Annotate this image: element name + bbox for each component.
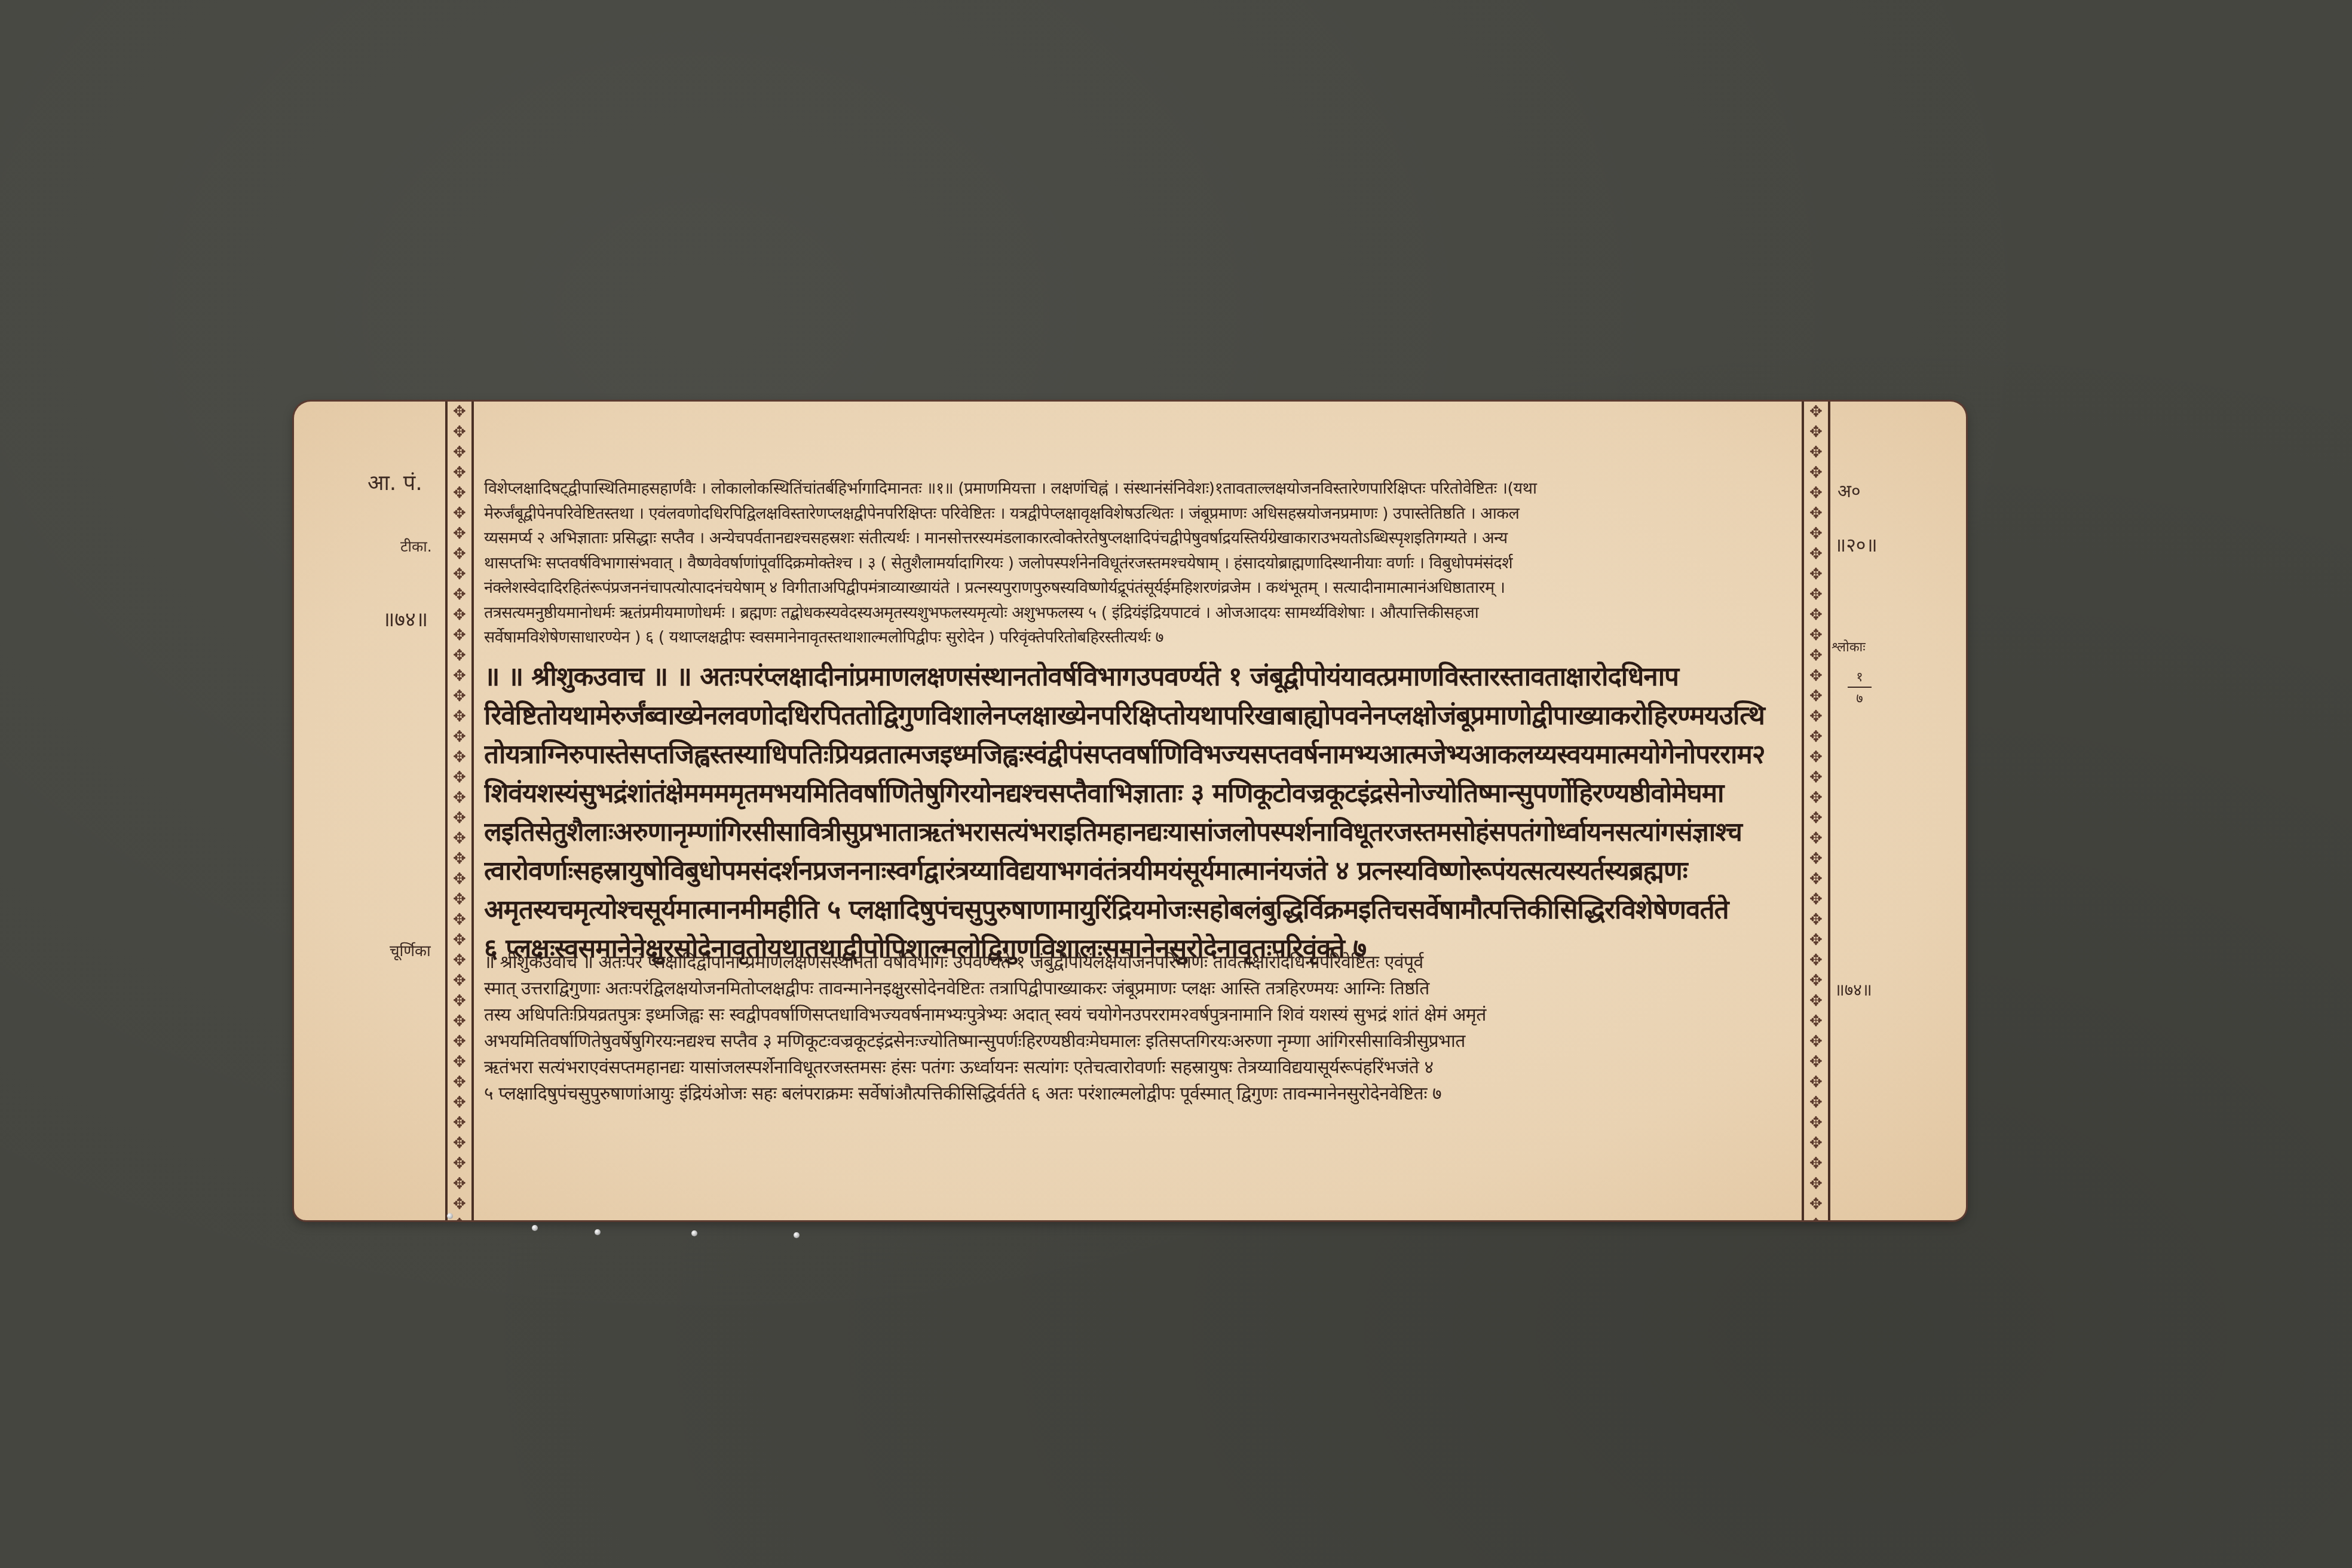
right-ornamental-border: ✥ ✥ ✥ ✥ ✥ ✥ ✥ ✥ ✥ ✥ ✥ ✥ ✥ ✥ ✥ ✥ ✥ ✥ ✥ ✥ … (1802, 402, 1830, 1220)
commentary-tika-block: विशेप्लक्षादिषट्द्वीपास्थितिमाहसहार्णवैः… (484, 476, 1796, 650)
right-margin-shloka-label: श्लोकाः (1832, 638, 1866, 656)
commentary-line: तत्रसत्यमनुष्ठीयमानोधर्मः ऋतंप्रमीयमाणोध… (484, 601, 1796, 626)
verse-line: रिवेष्टितोयथामेरुर्जंब्वाख्येनलवणोदधिरपि… (484, 696, 1796, 735)
commentary-line: विशेप्लक्षादिषट्द्वीपास्थितिमाहसहार्णवैः… (484, 476, 1796, 501)
mounting-pin (794, 1232, 800, 1238)
right-margin-shloka-fraction: १ ७ (1848, 667, 1872, 707)
quatrefoil-ornament-icon: ✥ ✥ ✥ ✥ ✥ ✥ ✥ ✥ ✥ ✥ ✥ ✥ ✥ ✥ ✥ ✥ ✥ ✥ ✥ ✥ … (448, 402, 471, 1220)
verse-line: तोयत्राग्निरुपास्तेसप्तजिह्वस्तस्याधिपति… (484, 735, 1796, 774)
churnika-line: ॥ श्रीशुकउवाच ॥ अतःपरं प्लक्षादिद्वीपाना… (484, 950, 1796, 976)
churnika-line: अभयमितिवर्षाणितेषुवर्षेषुगिरयःनद्यश्च सप… (484, 1028, 1796, 1055)
shloka-fraction-denominator: ७ (1848, 689, 1872, 707)
fraction-bar (1848, 687, 1872, 688)
churnika-line: ५ प्लक्षादिषुपंचसुपुरुषाणांआयुः इंद्रियं… (484, 1081, 1796, 1107)
shloka-fraction-numerator: १ (1848, 667, 1872, 685)
manuscript-page: आ. पं. टीका. ॥७४॥ चूर्णिका ✥ ✥ ✥ ✥ ✥ ✥ ✥… (294, 402, 1966, 1220)
mounting-pin (595, 1229, 601, 1235)
commentary-line: सर्वेषामविशेषेणसाधारण्येन ) ६ ( यथाप्लक्… (484, 625, 1796, 650)
commentary-line: नंक्लेशस्वेदादिरहितंरूपंप्रजननंचापत्योत्… (484, 575, 1796, 601)
commentary-line: य्यसमर्प्य २ अभिज्ञाताः प्रसिद्धाः सप्तै… (484, 526, 1796, 551)
commentary-line: थासप्तभिः सप्तवर्षविभागासंभवात् । वैष्णव… (484, 551, 1796, 576)
commentary-line: मेरुर्जंबूद्वीपेनपरिवेष्टितस्तथा । एवंलव… (484, 501, 1796, 526)
churnika-line: ऋतंभरा सत्यंभराएवंसप्तमहानद्यः यासांजलस्… (484, 1055, 1796, 1081)
left-margin-page-number: ॥७४॥ (382, 605, 428, 632)
verse-line: त्वारोवर्णाःसहस्रायुषोविबुधोपमसंदर्शनप्र… (484, 852, 1796, 890)
left-margin-churnika-label: चूर्णिका (390, 939, 431, 961)
right-margin-page-number: ॥७४॥ (1835, 978, 1872, 1001)
right-margin-chapter-number: ॥२०॥ (1835, 532, 1878, 558)
verse-line: शिवंयशस्यंसुभद्रंशांतंक्षेममममृतमभयमितिव… (484, 774, 1796, 813)
left-ornamental-border: ✥ ✥ ✥ ✥ ✥ ✥ ✥ ✥ ✥ ✥ ✥ ✥ ✥ ✥ ✥ ✥ ✥ ✥ ✥ ✥ … (445, 402, 474, 1220)
mounting-pin (691, 1230, 697, 1236)
left-margin-commentary-label: टीका. (400, 536, 432, 556)
verse-line: अमृतस्यचमृत्योश्चसूर्यमात्मानमीमहीति ५ प… (484, 890, 1796, 929)
mounting-pin (532, 1225, 538, 1231)
quatrefoil-ornament-icon: ✥ ✥ ✥ ✥ ✥ ✥ ✥ ✥ ✥ ✥ ✥ ✥ ✥ ✥ ✥ ✥ ✥ ✥ ✥ ✥ … (1804, 402, 1828, 1220)
left-margin-header: आ. पं. (367, 467, 422, 497)
verse-line: लइतिसेतुशैलाःअरुणानृम्णांगिरसीसावित्रीसु… (484, 813, 1796, 852)
churnika-line: तस्य अधिपतिःप्रियव्रतपुत्रः इध्मजिह्वः स… (484, 1002, 1796, 1028)
main-verse-block: ॥ ॥ श्रीशुकउवाच ॥ ॥ अतःपरंप्लक्षादीनांप्… (484, 657, 1796, 968)
churnika-block: ॥ श्रीशुकउवाच ॥ अतःपरं प्लक्षादिद्वीपाना… (484, 950, 1796, 1107)
verse-line: ॥ ॥ श्रीशुकउवाच ॥ ॥ अतःपरंप्लक्षादीनांप्… (484, 657, 1796, 696)
right-margin-chapter: अ० (1837, 478, 1861, 503)
churnika-line: स्मात् उत्तराद्विगुणाः अतःपरंद्विलक्षयोज… (484, 976, 1796, 1002)
mounting-pin (447, 1213, 453, 1219)
